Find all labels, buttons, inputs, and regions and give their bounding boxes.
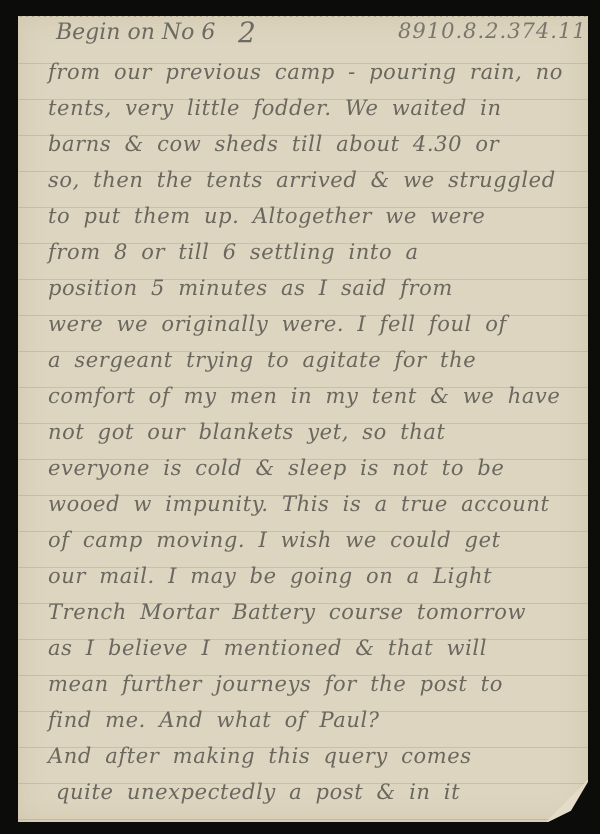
text-line: Trench Mortar Battery course tomorrow bbox=[48, 594, 583, 630]
text-line: a sergeant trying to agitate for the bbox=[48, 342, 583, 378]
text-line: so, then the tents arrived & we struggle… bbox=[48, 162, 583, 198]
letter-page: Begin on No 6 2 8910.8.2.374.11 from our… bbox=[18, 16, 588, 822]
text-line: barns & cow sheds till about 4.30 or bbox=[48, 126, 583, 162]
text-line: from 8 or till 6 settling into a bbox=[48, 234, 583, 270]
text-line: tents, very little fodder. We waited in bbox=[48, 90, 583, 126]
text-line: position 5 minutes as I said from bbox=[48, 270, 583, 306]
folded-corner bbox=[546, 780, 588, 822]
text-line: as I believe I mentioned & that will bbox=[48, 630, 583, 666]
begin-note: Begin on No 6 bbox=[56, 20, 215, 45]
text-line: to put them up. Altogether we were bbox=[48, 198, 583, 234]
text-line: of camp moving. I wish we could get bbox=[48, 522, 583, 558]
page-number: 2 bbox=[238, 16, 256, 49]
text-line: our mail. I may be going on a Light bbox=[48, 558, 583, 594]
text-line: from our previous camp - pouring rain, n… bbox=[48, 54, 583, 90]
handwritten-body: from our previous camp - pouring rain, n… bbox=[48, 54, 583, 810]
text-line: comfort of my men in my tent & we have bbox=[48, 378, 583, 414]
text-line: mean further journeys for the post to bbox=[48, 666, 583, 702]
archive-reference-number: 8910.8.2.374.11 bbox=[398, 19, 587, 43]
text-line: everyone is cold & sleep is not to be bbox=[48, 450, 583, 486]
text-line: quite unexpectedly a post & in it bbox=[48, 774, 583, 810]
text-line: And after making this query comes bbox=[48, 738, 583, 774]
text-line: not got our blankets yet, so that bbox=[48, 414, 583, 450]
text-line: find me. And what of Paul? bbox=[48, 702, 583, 738]
text-line: were we originally were. I fell foul of bbox=[48, 306, 583, 342]
text-line: wooed w impunity. This is a true account bbox=[48, 486, 583, 522]
